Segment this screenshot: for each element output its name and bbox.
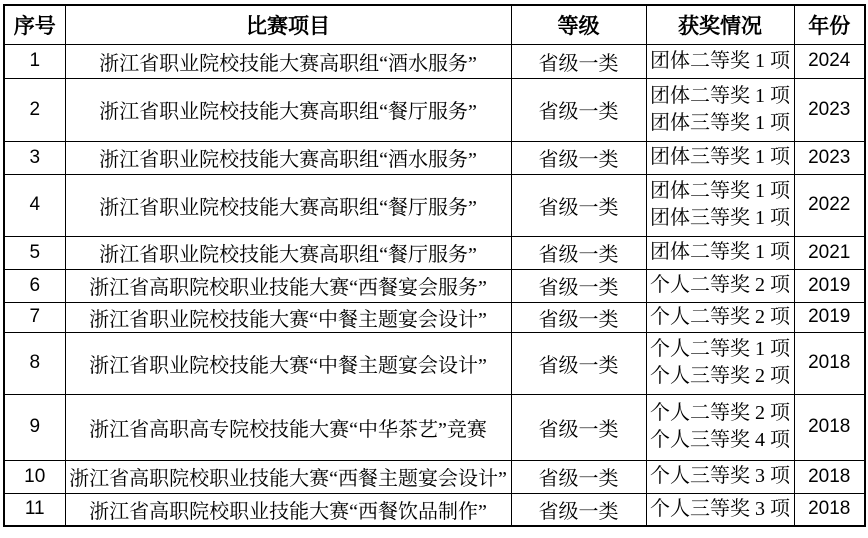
row-number: 7 (4, 302, 65, 332)
level-cell: 省级一类 (511, 269, 646, 302)
awards-cell: 个人二等奖 2 项 (646, 269, 794, 302)
award-line: 团体三等奖 1 项 (649, 110, 792, 137)
project-cell: 浙江省职业院校技能大赛高职组“餐厅服务” (65, 78, 511, 141)
level-cell: 省级一类 (511, 141, 646, 174)
table-row: 1 浙江省职业院校技能大赛高职组“酒水服务” 省级一类 团体二等奖 1 项 20… (4, 44, 865, 78)
row-number: 6 (4, 269, 65, 302)
awards-cell: 个人三等奖 3 项 (646, 493, 794, 526)
table-row: 4 浙江省职业院校技能大赛高职组“餐厅服务” 省级一类 团体二等奖 1 项 团体… (4, 174, 865, 236)
column-header-awards: 获奖情况 (646, 5, 794, 44)
level-cell: 省级一类 (511, 493, 646, 526)
project-cell: 浙江省高职院校职业技能大赛“西餐饮品制作” (65, 493, 511, 526)
project-cell: 浙江省职业院校技能大赛高职组“餐厅服务” (65, 236, 511, 269)
table-row: 5 浙江省职业院校技能大赛高职组“餐厅服务” 省级一类 团体二等奖 1 项 20… (4, 236, 865, 269)
award-line: 团体二等奖 1 项 (649, 83, 792, 110)
column-header-level: 等级 (511, 5, 646, 44)
award-line: 团体二等奖 1 项 (649, 178, 792, 205)
row-number: 11 (4, 493, 65, 526)
awards-cell: 团体二等奖 1 项 团体三等奖 1 项 (646, 78, 794, 141)
awards-cell: 个人二等奖 2 项 (646, 302, 794, 332)
year-cell: 2018 (794, 332, 865, 394)
header-row: 序号 比赛项目 等级 获奖情况 年份 (4, 5, 865, 44)
award-line: 个人二等奖 1 项 (649, 336, 792, 363)
project-cell: 浙江省高职院校职业技能大赛“西餐主题宴会设计” (65, 460, 511, 493)
year-cell: 2018 (794, 493, 865, 526)
project-cell: 浙江省职业院校技能大赛高职组“餐厅服务” (65, 174, 511, 236)
table-row: 8 浙江省职业院校技能大赛“中餐主题宴会设计” 省级一类 个人二等奖 1 项 个… (4, 332, 865, 394)
year-cell: 2019 (794, 302, 865, 332)
project-cell: 浙江省职业院校技能大赛“中餐主题宴会设计” (65, 302, 511, 332)
award-line: 个人三等奖 2 项 (649, 363, 792, 390)
awards-cell: 团体二等奖 1 项 团体三等奖 1 项 (646, 174, 794, 236)
column-header-year: 年份 (794, 5, 865, 44)
row-number: 1 (4, 44, 65, 78)
awards-cell: 团体三等奖 1 项 (646, 141, 794, 174)
project-cell: 浙江省职业院校技能大赛高职组“酒水服务” (65, 44, 511, 78)
table-row: 7 浙江省职业院校技能大赛“中餐主题宴会设计” 省级一类 个人二等奖 2 项 2… (4, 302, 865, 332)
document-page: 序号 比赛项目 等级 获奖情况 年份 1 浙江省职业院校技能大赛高职组“酒水服务… (0, 0, 868, 538)
award-line: 个人二等奖 2 项 (649, 272, 792, 299)
table-row: 3 浙江省职业院校技能大赛高职组“酒水服务” 省级一类 团体三等奖 1 项 20… (4, 141, 865, 174)
project-cell: 浙江省职业院校技能大赛高职组“酒水服务” (65, 141, 511, 174)
year-cell: 2021 (794, 236, 865, 269)
year-cell: 2023 (794, 78, 865, 141)
level-cell: 省级一类 (511, 78, 646, 141)
project-cell: 浙江省高职高专院校技能大赛“中华茶艺”竞赛 (65, 394, 511, 460)
project-cell: 浙江省高职院校职业技能大赛“西餐宴会服务” (65, 269, 511, 302)
award-line: 个人二等奖 2 项 (649, 400, 792, 427)
row-number: 2 (4, 78, 65, 141)
awards-cell: 个人二等奖 2 项 个人三等奖 4 项 (646, 394, 794, 460)
table-row: 10 浙江省高职院校职业技能大赛“西餐主题宴会设计” 省级一类 个人三等奖 3 … (4, 460, 865, 493)
project-cell: 浙江省职业院校技能大赛“中餐主题宴会设计” (65, 332, 511, 394)
awards-cell: 个人三等奖 3 项 (646, 460, 794, 493)
year-cell: 2018 (794, 394, 865, 460)
year-cell: 2019 (794, 269, 865, 302)
level-cell: 省级一类 (511, 460, 646, 493)
row-number: 10 (4, 460, 65, 493)
level-cell: 省级一类 (511, 174, 646, 236)
award-line: 个人二等奖 2 项 (649, 304, 792, 331)
award-line: 个人三等奖 3 项 (649, 496, 792, 523)
table-row: 9 浙江省高职高专院校技能大赛“中华茶艺”竞赛 省级一类 个人二等奖 2 项 个… (4, 394, 865, 460)
table-row: 2 浙江省职业院校技能大赛高职组“餐厅服务” 省级一类 团体二等奖 1 项 团体… (4, 78, 865, 141)
column-header-no: 序号 (4, 5, 65, 44)
row-number: 9 (4, 394, 65, 460)
row-number: 3 (4, 141, 65, 174)
award-line: 团体三等奖 1 项 (649, 144, 792, 171)
year-cell: 2023 (794, 141, 865, 174)
level-cell: 省级一类 (511, 302, 646, 332)
column-header-project: 比赛项目 (65, 5, 511, 44)
competition-awards-table: 序号 比赛项目 等级 获奖情况 年份 1 浙江省职业院校技能大赛高职组“酒水服务… (3, 4, 866, 527)
year-cell: 2022 (794, 174, 865, 236)
level-cell: 省级一类 (511, 44, 646, 78)
award-line: 个人三等奖 4 项 (649, 427, 792, 454)
award-line: 个人三等奖 3 项 (649, 463, 792, 490)
row-number: 4 (4, 174, 65, 236)
row-number: 8 (4, 332, 65, 394)
awards-cell: 个人二等奖 1 项 个人三等奖 2 项 (646, 332, 794, 394)
award-line: 团体二等奖 1 项 (649, 239, 792, 266)
awards-cell: 团体二等奖 1 项 (646, 44, 794, 78)
level-cell: 省级一类 (511, 394, 646, 460)
table-row: 11 浙江省高职院校职业技能大赛“西餐饮品制作” 省级一类 个人三等奖 3 项 … (4, 493, 865, 526)
year-cell: 2024 (794, 44, 865, 78)
level-cell: 省级一类 (511, 236, 646, 269)
year-cell: 2018 (794, 460, 865, 493)
row-number: 5 (4, 236, 65, 269)
awards-cell: 团体二等奖 1 项 (646, 236, 794, 269)
table-row: 6 浙江省高职院校职业技能大赛“西餐宴会服务” 省级一类 个人二等奖 2 项 2… (4, 269, 865, 302)
level-cell: 省级一类 (511, 332, 646, 394)
award-line: 团体三等奖 1 项 (649, 205, 792, 232)
award-line: 团体二等奖 1 项 (649, 48, 792, 75)
